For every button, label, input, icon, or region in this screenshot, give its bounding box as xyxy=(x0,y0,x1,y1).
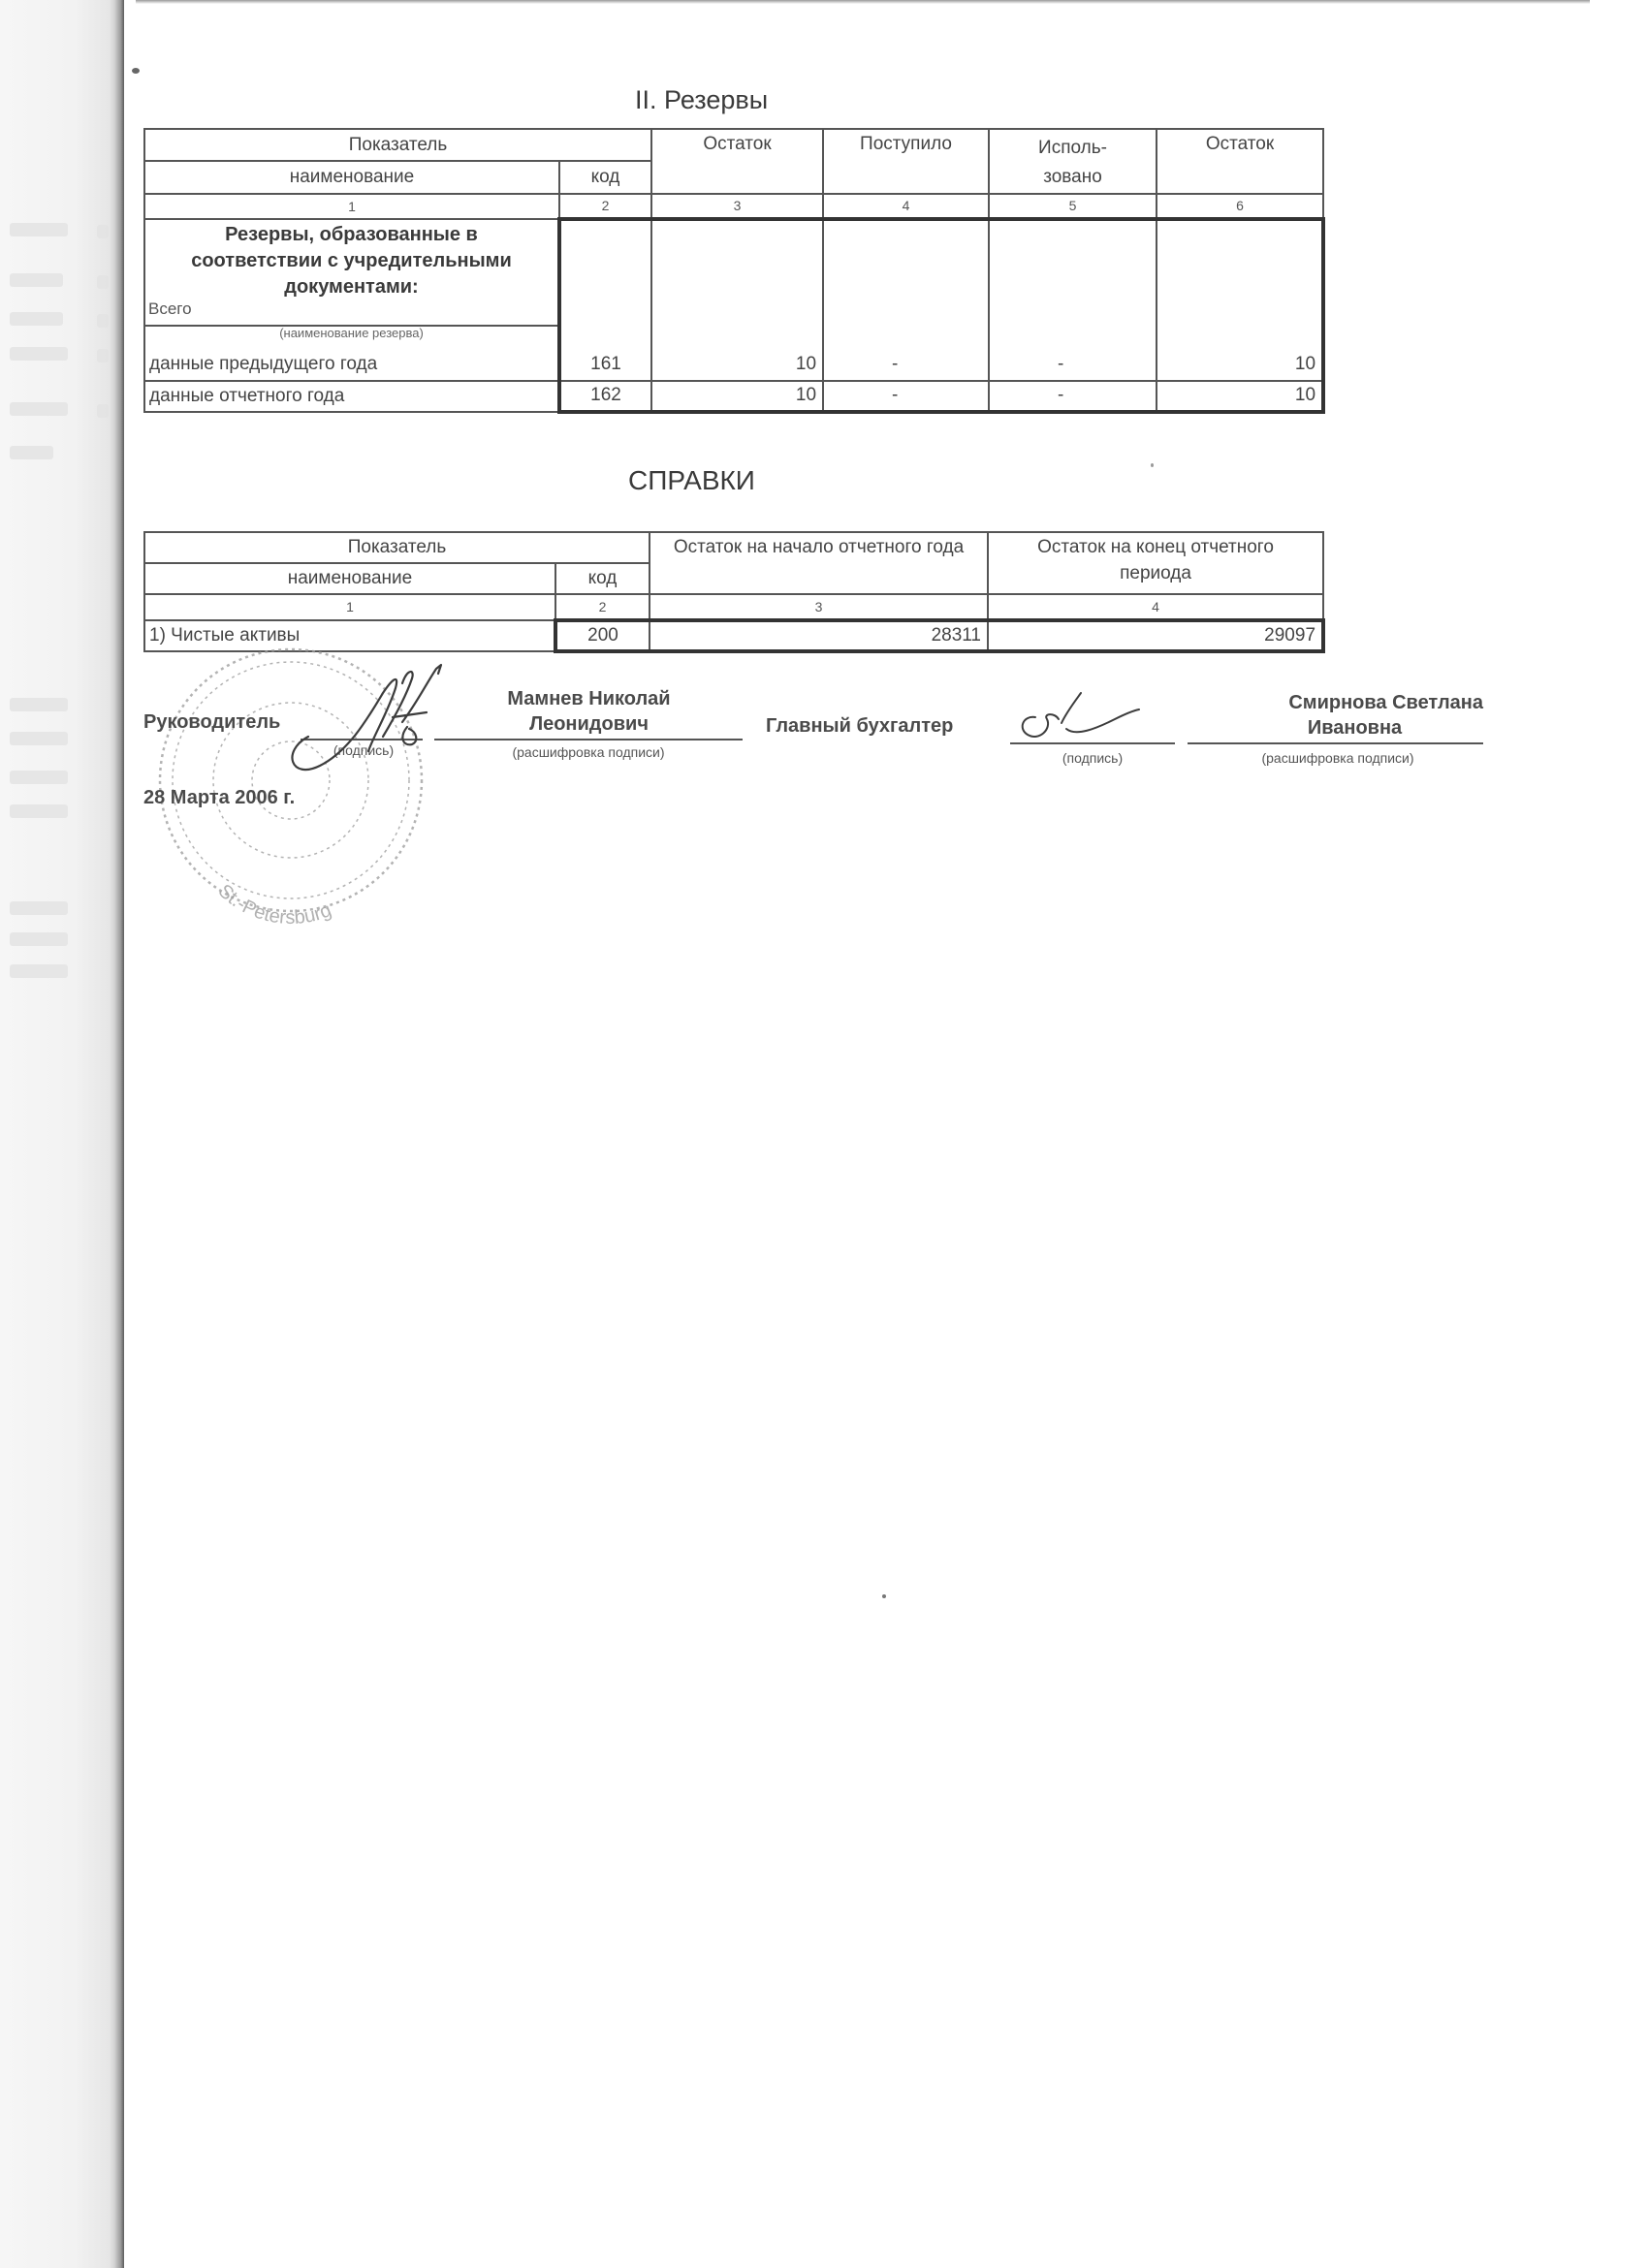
header-balance-start: Остаток xyxy=(651,129,823,194)
head-signature-caption: (подпись) xyxy=(320,742,407,758)
header-code: код xyxy=(555,563,650,594)
scan-speck xyxy=(132,68,140,74)
ghost-text xyxy=(10,964,68,978)
row-name: 1) Чистые активы xyxy=(144,620,555,651)
row-received: - xyxy=(823,350,989,381)
row-code: 200 xyxy=(555,620,650,651)
row-name: данные предыдущего года xyxy=(144,350,559,381)
accountant-name-line1: Смирнова Светлана xyxy=(1188,690,1483,715)
reserve-group-cell: Резервы, образованные в соответствии с у… xyxy=(144,219,559,326)
header-used: Исполь- зовано xyxy=(989,129,1157,194)
column-number: 6 xyxy=(1157,194,1323,219)
ghost-text xyxy=(97,314,109,328)
reserves-table: Показатель Остаток Поступило Исполь- зов… xyxy=(143,128,1325,414)
ghost-text xyxy=(10,402,68,416)
head-decoding-caption: (расшифровка подписи) xyxy=(434,744,743,760)
head-label: Руководитель xyxy=(143,711,280,734)
signing-date: 28 Марта 2006 г. xyxy=(143,787,295,809)
column-number: 4 xyxy=(823,194,989,219)
column-number: 4 xyxy=(988,594,1323,620)
ghost-text xyxy=(10,932,68,946)
head-name-line xyxy=(434,739,743,740)
header-balance-end: Остаток на конец отчетного периода xyxy=(988,532,1323,594)
row-balance-end: 10 xyxy=(1157,350,1323,381)
header-balance-start: Остаток на начало отчетного года xyxy=(650,532,988,594)
header-indicator: Показатель xyxy=(144,129,651,161)
row-code: 161 xyxy=(559,350,651,381)
table-row: 1) Чистые активы 200 28311 29097 xyxy=(144,620,1323,651)
references-table: Показатель Остаток на начало отчетного г… xyxy=(143,531,1325,653)
adjacent-page-strip xyxy=(0,0,124,2268)
row-used: - xyxy=(989,350,1157,381)
accountant-name-line2: Ивановна xyxy=(1188,715,1483,740)
ghost-text xyxy=(97,349,109,362)
ghost-text xyxy=(10,446,53,459)
head-name: Мамнев Николай Леонидович xyxy=(436,686,742,737)
reserve-group-title: Резервы, образованные в соответствии с у… xyxy=(145,222,557,300)
ghost-text xyxy=(10,771,68,784)
scan-speck xyxy=(882,1594,886,1598)
ghost-text xyxy=(10,312,63,326)
value-cell xyxy=(823,219,989,350)
row-used: - xyxy=(989,381,1157,412)
stamp-text: St.-Petersburg xyxy=(214,880,334,929)
row-received: - xyxy=(823,381,989,412)
ghost-text xyxy=(10,698,68,711)
header-received: Поступило xyxy=(823,129,989,194)
ghost-text xyxy=(10,347,68,361)
accountant-name-line xyxy=(1188,742,1483,744)
scan-speck xyxy=(1151,463,1154,467)
ghost-text xyxy=(10,804,68,818)
row-balance-end: 10 xyxy=(1157,381,1323,412)
code-cell-empty xyxy=(559,219,651,350)
row-balance-start: 28311 xyxy=(650,620,988,651)
reserves-section-title: II. Резервы xyxy=(635,85,768,115)
reserve-name-caption: (наименование резерва) xyxy=(144,326,559,350)
page-binding-shadow xyxy=(114,0,124,2268)
chief-accountant-label: Главный бухгалтер xyxy=(766,715,953,738)
accountant-signature-line xyxy=(1010,742,1175,744)
column-number: 5 xyxy=(989,194,1157,219)
head-name-line2: Леонидович xyxy=(436,711,742,737)
ghost-text xyxy=(10,273,63,287)
ghost-text xyxy=(97,404,109,418)
header-name: наименование xyxy=(144,161,559,193)
row-balance-end: 29097 xyxy=(988,620,1323,651)
column-number: 2 xyxy=(559,194,651,219)
ghost-text xyxy=(10,223,68,236)
accountant-signature-icon xyxy=(1023,693,1139,737)
references-section-title: СПРАВКИ xyxy=(628,465,755,496)
page-top-edge xyxy=(136,0,1590,4)
header-balance-end: Остаток xyxy=(1157,129,1323,194)
column-number: 1 xyxy=(144,594,555,620)
value-cell xyxy=(989,219,1157,350)
value-cell xyxy=(651,219,823,350)
head-name-line1: Мамнев Николай xyxy=(436,686,742,711)
ghost-text xyxy=(97,225,109,238)
row-code: 162 xyxy=(559,381,651,412)
column-number: 3 xyxy=(650,594,988,620)
column-number: 2 xyxy=(555,594,650,620)
head-signature-line xyxy=(301,739,423,740)
header-code: код xyxy=(559,161,651,193)
accountant-signature-caption: (подпись) xyxy=(1010,750,1175,766)
row-balance-start: 10 xyxy=(651,381,823,412)
ghost-text xyxy=(10,901,68,915)
column-number: 1 xyxy=(144,194,559,219)
ghost-text xyxy=(10,732,68,745)
svg-text:St.-Petersburg: St.-Petersburg xyxy=(214,880,334,929)
table-row: данные отчетного года 162 10 - - 10 xyxy=(144,381,1323,412)
column-number: 3 xyxy=(651,194,823,219)
accountant-decoding-caption: (расшифровка подписи) xyxy=(1212,750,1464,766)
ghost-text xyxy=(97,275,109,289)
table-row: данные предыдущего года 161 10 - - 10 xyxy=(144,350,1323,381)
value-cell xyxy=(1157,219,1323,350)
row-name: данные отчетного года xyxy=(144,381,559,412)
total-label: Всего xyxy=(148,299,192,319)
header-name: наименование xyxy=(144,563,555,594)
row-balance-start: 10 xyxy=(651,350,823,381)
header-indicator: Показатель xyxy=(144,532,650,563)
accountant-name: Смирнова Светлана Ивановна xyxy=(1188,690,1483,740)
